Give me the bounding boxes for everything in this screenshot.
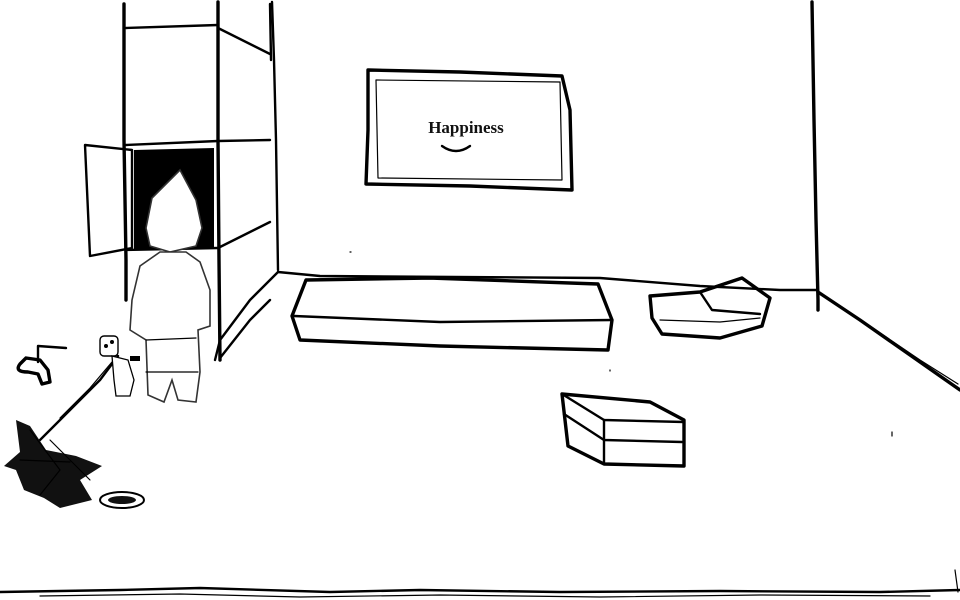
clothes-pile[interactable] xyxy=(650,278,770,338)
scene-canvas: Happiness xyxy=(0,0,960,600)
cardboard-box[interactable] xyxy=(562,394,684,466)
rag-doll[interactable] xyxy=(100,336,140,396)
wall-pipe[interactable] xyxy=(18,346,66,384)
game-scene: Happiness xyxy=(0,0,960,600)
mattress[interactable] xyxy=(292,278,612,350)
debris xyxy=(4,420,102,508)
sign-text: Happiness xyxy=(428,118,504,137)
smile-icon xyxy=(442,146,470,151)
happiness-sign[interactable]: Happiness xyxy=(366,70,572,190)
pet-bowl[interactable] xyxy=(100,492,144,508)
